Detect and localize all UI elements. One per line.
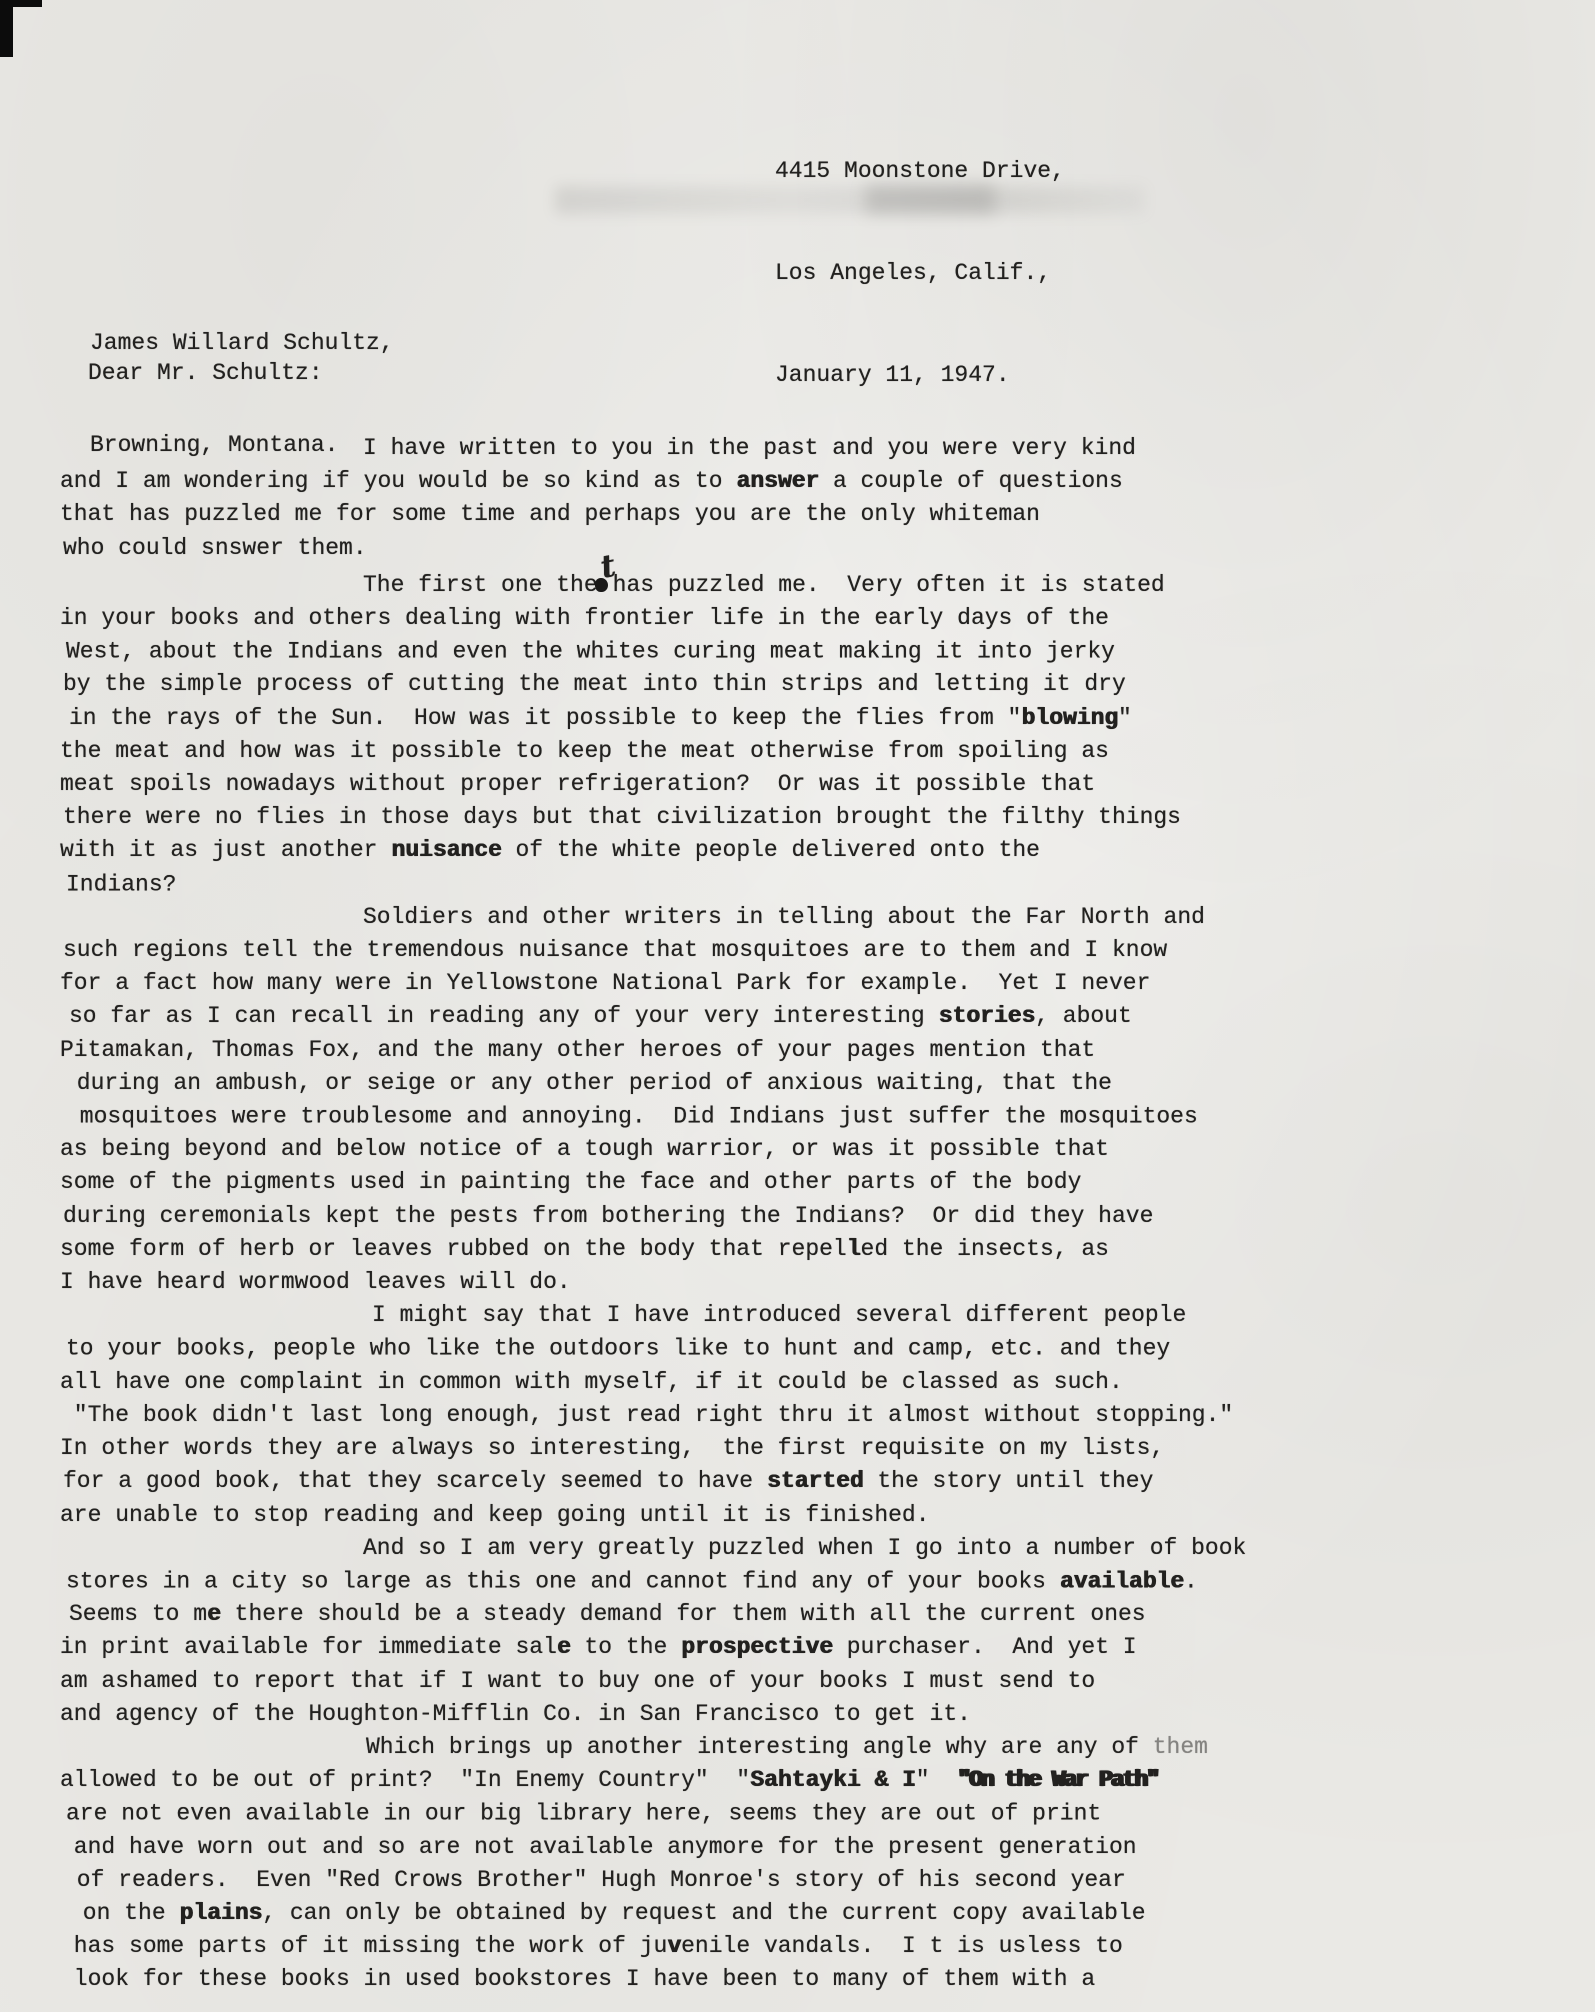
letter-line: in your books and others dealing with fr… xyxy=(60,602,1580,635)
letter-line: The first one thethas puzzled me. Very o… xyxy=(60,565,1580,602)
letter-line: And so I am very greatly puzzled when I … xyxy=(60,1532,1580,1565)
letter-line: for a fact how many were in Yellowstone … xyxy=(60,967,1580,1000)
letter-line: Seems to me there should be a steady dem… xyxy=(69,1598,1589,1631)
letter-line: I have heard wormwood leaves will do. xyxy=(60,1266,1580,1299)
letter-line: and I am wondering if you would be so ki… xyxy=(60,465,1580,498)
letter-line: with it as just another nuisance of the … xyxy=(60,834,1580,867)
letter-line: allowed to be out of print? "In Enemy Co… xyxy=(60,1764,1580,1797)
scan-corner-mark xyxy=(0,0,42,7)
letter-line: Soldiers and other writers in telling ab… xyxy=(60,901,1580,934)
letter-line: some form of herb or leaves rubbed on th… xyxy=(60,1233,1580,1266)
letter-line: such regions tell the tremendous nuisanc… xyxy=(63,934,1583,967)
scan-corner-mark xyxy=(0,0,13,57)
letter-line: Indians? xyxy=(66,868,1586,901)
overtyped-word: prospective xyxy=(681,1634,833,1660)
overtyped-word: available xyxy=(1060,1568,1184,1594)
overtyped-word: nuisance xyxy=(391,837,501,863)
sender-address-block: 4415 Moonstone Drive, Los Angeles, Calif… xyxy=(775,86,1065,460)
letter-line: and agency of the Houghton-Mifflin Co. i… xyxy=(60,1698,1580,1731)
letter-line: during ceremonials kept the pests from b… xyxy=(63,1200,1583,1233)
overtyped-letter: e xyxy=(207,1601,221,1627)
salutation: Dear Mr. Schultz: xyxy=(88,356,323,390)
letter-line: In other words they are always so intere… xyxy=(60,1432,1580,1465)
letter-line: by the simple process of cutting the mea… xyxy=(63,668,1583,701)
letter-line: "The book didn't last long enough, just … xyxy=(60,1399,1580,1432)
letter-line: look for these books in used bookstores … xyxy=(60,1963,1580,1996)
letter-line: Pitamakan, Thomas Fox, and the many othe… xyxy=(60,1034,1580,1067)
letter-line: some of the pigments used in painting th… xyxy=(60,1166,1580,1199)
letter-line: there were no flies in those days but th… xyxy=(63,801,1583,834)
letter-line: Which brings up another interesting angl… xyxy=(63,1731,1583,1764)
letter-line: as being beyond and below notice of a to… xyxy=(60,1133,1580,1166)
scanned-letter-page: 4415 Moonstone Drive, Los Angeles, Calif… xyxy=(0,0,1595,2012)
letter-line: for a good book, that they scarcely seem… xyxy=(63,1465,1583,1498)
overtyped-word: stories xyxy=(939,1003,1036,1029)
overtyped-word: plains xyxy=(179,1900,262,1926)
sender-date-line: January 11, 1947. xyxy=(775,358,1065,392)
letter-line: has some parts of it missing the work of… xyxy=(60,1930,1580,1963)
letter-line: who could snswer them. xyxy=(63,532,1583,565)
letter-line: mosquitoes were troublesome and annoying… xyxy=(66,1101,1586,1134)
letter-line: meat spoils nowadays without proper refr… xyxy=(60,768,1580,801)
sender-address-line: Los Angeles, Calif., xyxy=(775,256,1065,290)
letter-line: in print available for immediate sale to… xyxy=(60,1631,1580,1664)
letter-line: in the rays of the Sun. How was it possi… xyxy=(69,702,1589,735)
overtyped-letter: e xyxy=(557,1634,571,1660)
letter-line: stores in a city so large as this one an… xyxy=(66,1565,1586,1598)
letter-line: are not even available in our big librar… xyxy=(66,1798,1586,1831)
sender-address-line: 4415 Moonstone Drive, xyxy=(775,154,1065,188)
letter-line: the meat and how was it possible to keep… xyxy=(60,735,1580,768)
letter-line: on the plains, can only be obtained by r… xyxy=(69,1897,1589,1930)
overtyped-word: blowing xyxy=(1021,705,1118,731)
letter-line: all have one complaint in common with my… xyxy=(60,1366,1580,1399)
letter-line: are unable to stop reading and keep goin… xyxy=(60,1499,1580,1532)
letter-body: I have written to you in the past and yo… xyxy=(60,432,1580,1997)
letter-line: during an ambush, or seige or any other … xyxy=(63,1067,1583,1100)
letter-line: and have worn out and so are not availab… xyxy=(60,1831,1580,1864)
recipient-name: James Willard Schultz, xyxy=(90,326,394,360)
overtyped-word: started xyxy=(767,1468,864,1494)
letter-line: West, about the Indians and even the whi… xyxy=(66,636,1586,669)
letter-line: so far as I can recall in reading any of… xyxy=(69,1000,1589,1033)
letter-line: to your books, people who like the outdo… xyxy=(66,1333,1586,1366)
book-title-overtyped: "On the War Path" xyxy=(957,1767,1158,1793)
book-title: Sahtayki & I xyxy=(750,1767,916,1793)
letter-line: I have written to you in the past and yo… xyxy=(60,432,1580,465)
letter-line: that has puzzled me for some time and pe… xyxy=(60,498,1580,531)
faded-word: them xyxy=(1153,1734,1208,1760)
overtyped-word: answer xyxy=(736,468,819,494)
overtyped-letter: v xyxy=(667,1933,681,1959)
letter-line: I might say that I have introduced sever… xyxy=(69,1299,1589,1332)
letter-line: of readers. Even "Red Crows Brother" Hug… xyxy=(63,1864,1583,1897)
letter-line: am ashamed to report that if I want to b… xyxy=(60,1665,1580,1698)
overtyped-letter: l xyxy=(847,1236,861,1262)
